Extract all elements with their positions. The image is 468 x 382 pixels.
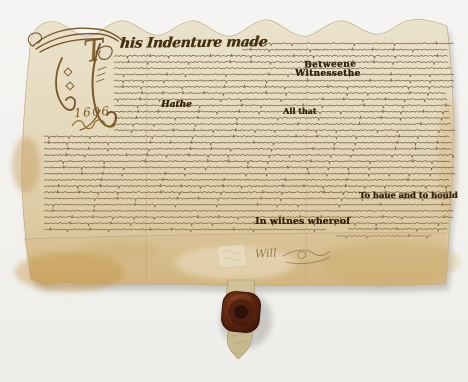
signature: Will — [255, 246, 277, 260]
embossed-stamp — [217, 244, 246, 268]
phrase-in-witness-whereof: In witnes whereof — [255, 216, 350, 227]
parchment-deed-photo: T his Indenture made 1606 Betweene Witne… — [0, 0, 468, 382]
opening-phrase: his Indenture made — [119, 34, 268, 52]
word-hath: Hathe — [161, 100, 192, 110]
phrase-to-have-and-to-hold: To haue and to hould — [359, 191, 458, 201]
wax-seal — [220, 290, 261, 333]
word-witnesseth: Witnessethe — [295, 69, 360, 79]
date-year: 1606 — [74, 104, 111, 121]
word-all-that: All that — [283, 106, 316, 116]
